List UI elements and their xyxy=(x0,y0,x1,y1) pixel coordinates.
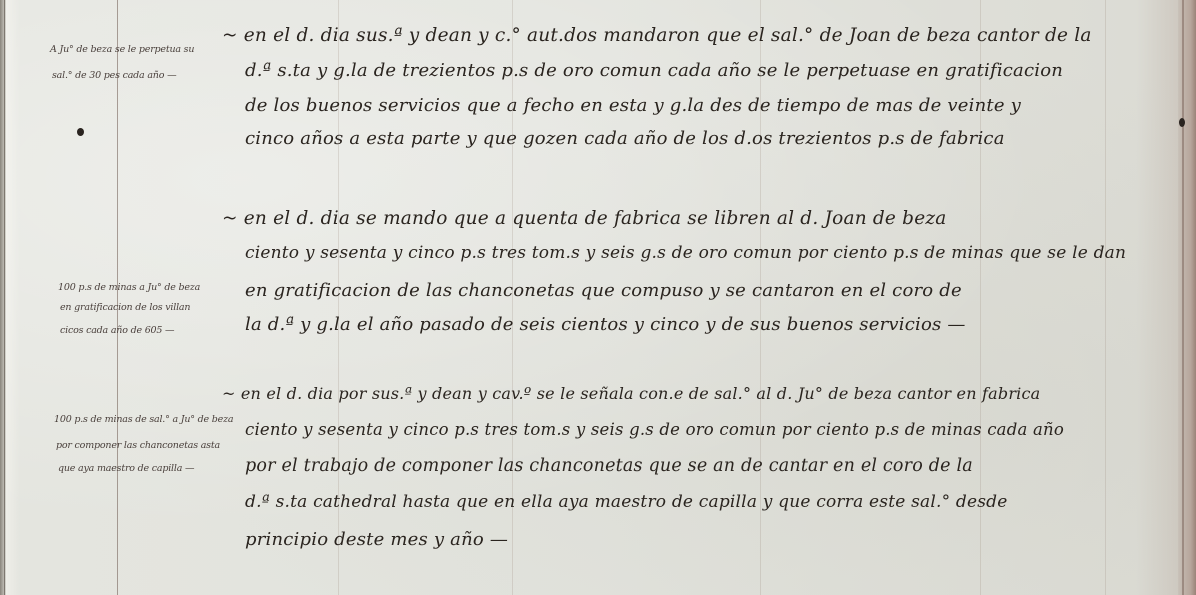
margin-note-line: A Ju° de beza se le perpetua su xyxy=(50,44,194,55)
entry-text-line: en gratificacion de las chanconetas que … xyxy=(245,280,962,301)
entry-text-line: cinco años a esta parte y que gozen cada… xyxy=(245,128,1005,149)
left-border-line xyxy=(4,0,5,595)
entry-text-line: ciento y sesenta y cinco p.s tres tom.s … xyxy=(245,243,1126,263)
margin-note-line: en gratificacion de los villan xyxy=(60,302,190,313)
page-right-edge xyxy=(1178,0,1196,595)
margin-note-line: 100 p.s de minas de sal.° a Ju° de beza xyxy=(54,414,233,425)
entry-text-line: ciento y sesenta y cinco p.s tres tom.s … xyxy=(245,420,1064,439)
entry-text-line: de los buenos servicios que a fecho en e… xyxy=(245,95,1021,116)
entry-text-line: la d.ª y g.la el año pasado de seis cien… xyxy=(245,314,966,335)
margin-rule-line xyxy=(117,0,118,595)
entry-text-line: d.ª s.ta y g.la de trezientos p.s de oro… xyxy=(245,60,1063,81)
margin-note-line: cicos cada año de 605 — xyxy=(60,325,174,336)
margin-note-line: 100 p.s de minas a Ju° de beza xyxy=(58,282,200,293)
entry-text-line: principio deste mes y año — xyxy=(245,529,508,550)
page-left-edge xyxy=(0,0,6,595)
manuscript-page: A Ju° de beza se le perpetua su sal.° de… xyxy=(0,0,1196,595)
margin-note-line: sal.° de 30 pes cada año — xyxy=(52,70,176,81)
margin-note-line: por componer las chanconetas asta xyxy=(56,440,220,451)
entry-text-line: d.ª s.ta cathedral hasta que en ella aya… xyxy=(245,492,1008,512)
faint-ruling-line xyxy=(1105,0,1106,595)
entry-text-line: por el trabajo de componer las chanconet… xyxy=(245,456,973,476)
ink-blot xyxy=(1179,118,1185,127)
entry-text-line: ~ en el d. dia sus.ª y dean y c.° aut.do… xyxy=(222,25,1092,46)
entry-text-line: ~ en el d. dia por sus.ª y dean y cav.º … xyxy=(222,384,1040,403)
right-border-line xyxy=(1182,0,1184,595)
entry-text-line: ~ en el d. dia se mando que a quenta de … xyxy=(222,208,947,229)
ink-blot xyxy=(77,128,84,136)
margin-note-line: que aya maestro de capilla — xyxy=(58,463,194,474)
